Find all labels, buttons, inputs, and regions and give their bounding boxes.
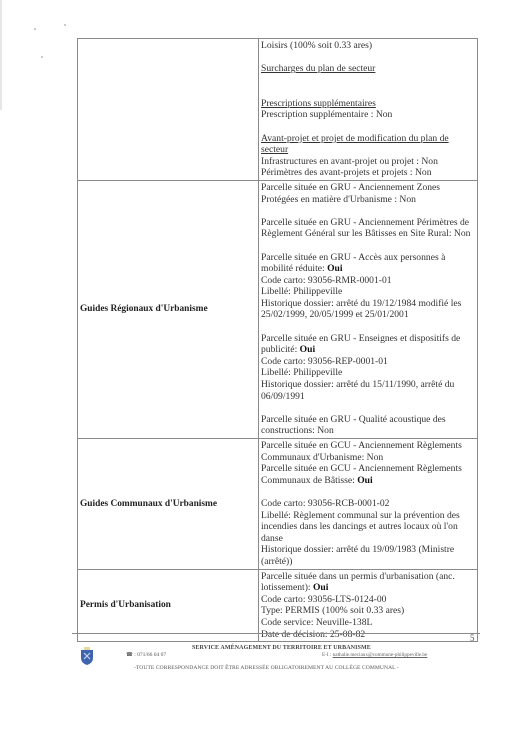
- gru-acoustique: Parcelle située en GRU - Qualité acousti…: [261, 414, 474, 437]
- table-row: Loisirs (100% soit 0.33 ares) Surcharges…: [78, 39, 478, 181]
- prescriptions-heading: Prescriptions supplémentaires: [261, 98, 474, 110]
- table-row: Permis d'Urbanisation Parcelle située da…: [78, 569, 478, 642]
- gru-acces-pmr-label: Parcelle située en GRU - Accès aux perso…: [261, 252, 445, 275]
- gcu-reglements-batisse-value: Oui: [357, 475, 372, 486]
- page-number: 5: [470, 633, 475, 643]
- gcu-libelle: Libellé: Règlement communal sur la préve…: [261, 510, 474, 545]
- permis-parcelle-label: Parcelle située dans un permis d'urbanis…: [261, 571, 455, 594]
- gru-acces-pmr: Parcelle située en GRU - Accès aux perso…: [261, 252, 474, 275]
- row-label: [78, 39, 259, 181]
- gru-acces-pmr-value: Oui: [327, 263, 342, 274]
- row-label-permis: Permis d'Urbanisation: [78, 569, 259, 642]
- gcu-historique: Historique dossier: arrêté du 19/09/1983…: [261, 544, 474, 567]
- permis-code-service: Code service: Neuville-138L: [261, 617, 474, 629]
- gru-enseignes-historique: Historique dossier: arrêté du 15/11/1990…: [261, 379, 474, 402]
- row-content-permis: Parcelle située dans un permis d'urbanis…: [259, 569, 478, 642]
- permis-date-decision: Date de décision: 25-08-82: [261, 629, 474, 641]
- gru-acces-pmr-historique: Historique dossier: arrêté du 19/12/1984…: [261, 298, 474, 321]
- row-content-gru: Parcelle située en GRU - Anciennement Zo…: [259, 180, 478, 438]
- email-link[interactable]: nathalie.meciaux@commune-philippeville.b…: [333, 652, 428, 658]
- gru-enseignes-label: Parcelle située en GRU - Enseignes et di…: [261, 333, 460, 356]
- permis-code: Code carto: 93056-LTS-0124-00: [261, 594, 474, 606]
- permis-type: Type: PERMIS (100% soit 0.33 ares): [261, 605, 474, 617]
- phone-number: : 071/66 04 07: [134, 652, 166, 658]
- scan-speck: [41, 56, 43, 58]
- row-label-gcu: Guides Communaux d'Urbanisme: [78, 439, 259, 570]
- scan-edge: [0, 0, 2, 110]
- correspondence-notice: -TOUTE CORRESPONDANCE DOIT ÊTRE ADRESSÉE…: [134, 665, 399, 671]
- surcharges-heading: Surcharges du plan de secteur: [261, 63, 474, 75]
- row-content-plan-secteur: Loisirs (100% soit 0.33 ares) Surcharges…: [259, 39, 478, 181]
- permis-parcelle: Parcelle située dans un permis d'urbanis…: [261, 571, 474, 594]
- scan-speck: [34, 28, 36, 30]
- footer-divider: [72, 633, 480, 634]
- phone-line: ☎ : 071/66 04 07: [126, 652, 166, 658]
- affectation-line: Loisirs (100% soit 0.33 ares): [261, 40, 474, 52]
- scan-speck: [64, 24, 66, 26]
- row-label-gru: Guides Régionaux d'Urbanisme: [78, 180, 259, 438]
- table-row: Guides Régionaux d'Urbanisme Parcelle si…: [78, 180, 478, 438]
- permis-parcelle-value: Oui: [313, 582, 328, 593]
- gru-enseignes-value: Oui: [300, 344, 315, 355]
- gru-enseignes-code: Code carto: 93056-REP-0001-01: [261, 356, 474, 368]
- gcu-code: Code carto: 93056-RCB-0001-02: [261, 498, 474, 510]
- coat-of-arms-icon: [80, 647, 94, 665]
- row-content-gcu: Parcelle située en GCU - Anciennement Rè…: [259, 439, 478, 570]
- gru-zones-protegees: Parcelle située en GRU - Anciennement Zo…: [261, 182, 474, 205]
- gru-acces-pmr-code: Code carto: 93056-RMR-0001-01: [261, 275, 474, 287]
- gru-enseignes-libelle: Libellé: Philippeville: [261, 367, 474, 379]
- prescription-line: Prescription supplémentaire : Non: [261, 109, 474, 121]
- phone-icon: ☎: [126, 652, 133, 658]
- table-row: Guides Communaux d'Urbanisme Parcelle si…: [78, 439, 478, 570]
- email-line: E-I : nathalie.meciaux@commune-philippev…: [322, 652, 427, 658]
- email-label: E-I :: [322, 652, 331, 658]
- infrastructures-line: Infrastructures en avant-projet ou proje…: [261, 156, 474, 168]
- gcu-reglements-batisse: Parcelle située en GCU - Anciennement Rè…: [261, 463, 474, 486]
- gru-perimetres-reglement: Parcelle située en GRU - Anciennement Pé…: [261, 217, 474, 240]
- avant-projet-heading: Avant-projet et projet de modification d…: [261, 133, 474, 156]
- gcu-reglements-urbanisme: Parcelle située en GCU - Anciennement Rè…: [261, 440, 474, 463]
- service-title: SERVICE AMÉNAGEMENT DU TERRITOIRE ET URB…: [192, 645, 371, 651]
- urbanism-info-table: Loisirs (100% soit 0.33 ares) Surcharges…: [77, 38, 478, 642]
- gru-acces-pmr-libelle: Libellé: Philippeville: [261, 286, 474, 298]
- perimetres-line: Périmètres des avant-projets et projets …: [261, 167, 474, 179]
- gru-enseignes: Parcelle située en GRU - Enseignes et di…: [261, 333, 474, 356]
